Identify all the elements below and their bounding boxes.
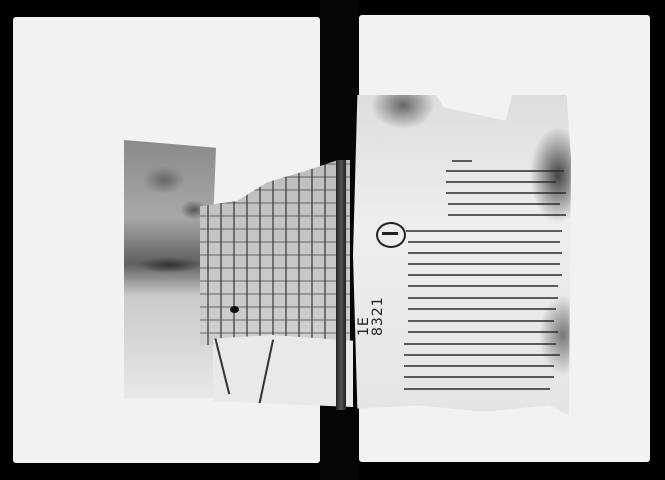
worm-hole xyxy=(230,306,239,313)
shelfmark-series: 1E xyxy=(357,296,371,336)
notarial-sign-icon xyxy=(376,222,406,248)
binding-strip xyxy=(336,160,346,410)
parchment-fragment-bottom xyxy=(213,335,353,407)
shelfmark-label: 1E 8321 xyxy=(357,296,385,336)
manuscript-leaf xyxy=(353,95,571,415)
shelfmark-number: 8321 xyxy=(371,296,385,336)
